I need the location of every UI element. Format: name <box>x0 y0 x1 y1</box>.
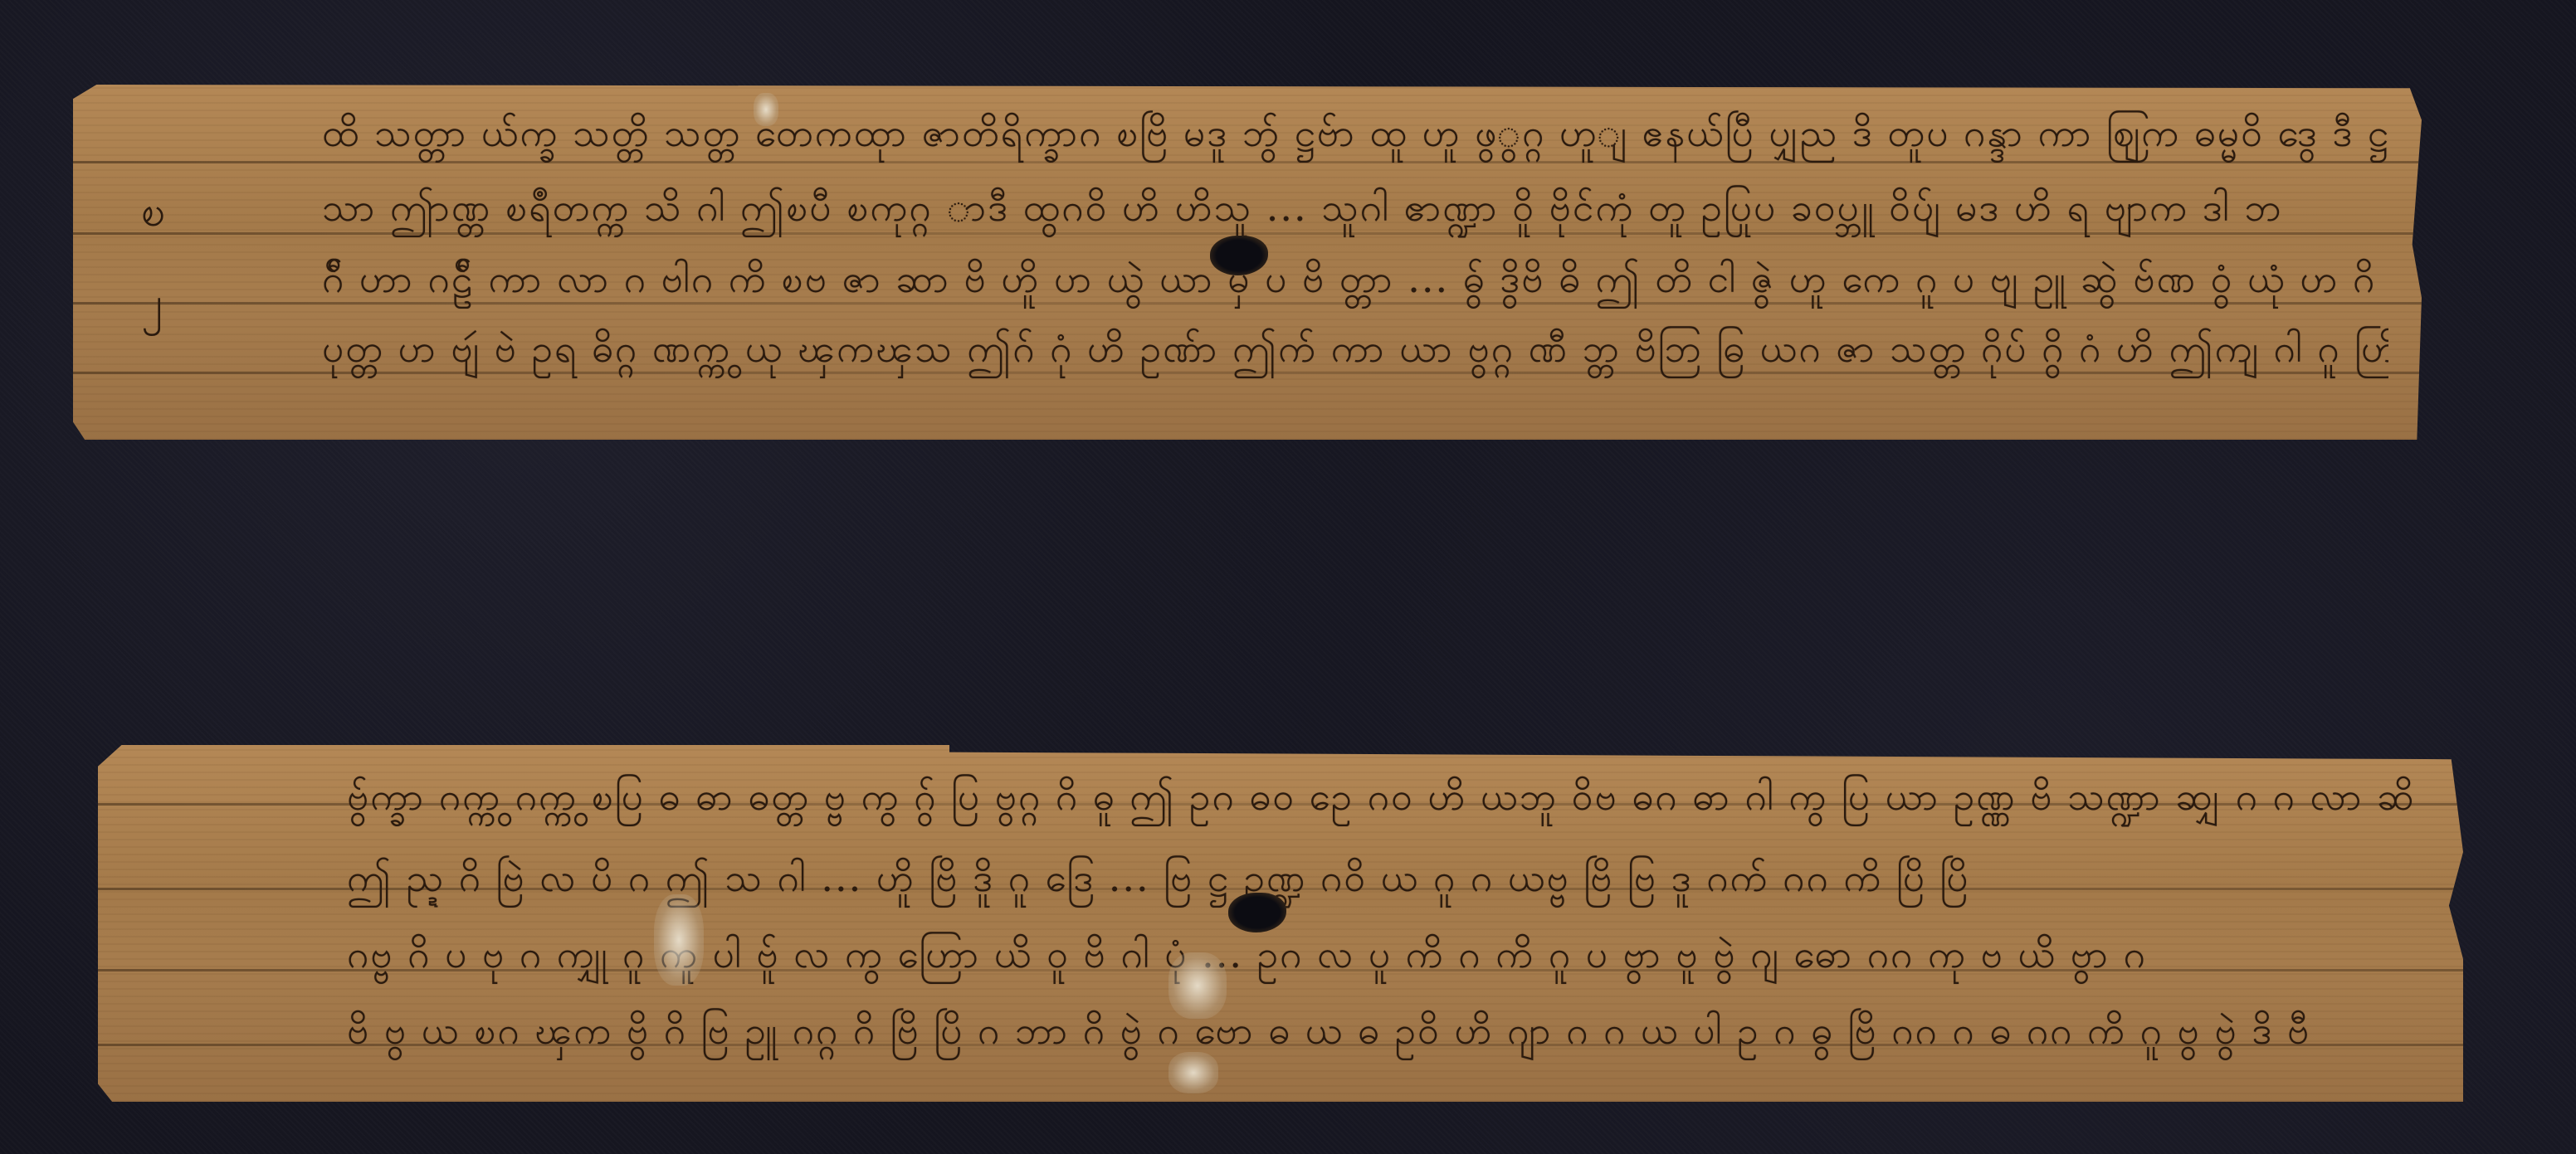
script-line: ထိ သတ္တာ ယ်က္ခ သတ္တိ သတ္တ တေကထုာ ဇာတိရိက… <box>322 110 2388 165</box>
script-line: ပုတ္တ ပာ ဗျဴ ဗဲ ဥရ ဓိဂ္ဂ ဏက္ကွ ယု ၾကၾသ ဤ… <box>322 325 2388 381</box>
palm-leaf-top: ၿ ၂ ထိ သတ္တာ ယ်က္ခ သတ္တိ သတ္တ တေကထုာ ဇာတ… <box>73 85 2422 440</box>
script-line: ဗိ ဗွ ယ ၿဂ ၾက ဗွိ ဂိ ဗြ ဥူ ဂဂ္ဂ ဂိ ဗြိ ပ… <box>347 1007 2447 1063</box>
wear-spot <box>1168 952 1227 1019</box>
wear-spot <box>754 93 778 126</box>
script-line: ဗွ်က္ခာ ဂက္ကွ ဂက္ကွ ၿပြ ဓ ဓာ ဓတ္တ ဗ္ဗ ကွ… <box>347 773 2447 829</box>
leaf-number-mark: ၿ <box>141 184 166 247</box>
wear-spot <box>1168 1052 1218 1093</box>
string-hole <box>1228 893 1286 932</box>
manuscript-photo: ၿ ၂ ထိ သတ္တာ ယ်က္ခ သတ္တိ သတ္တ တေကထုာ ဇာတ… <box>0 0 2576 1154</box>
palm-leaf-bottom: ဗွ်က္ခာ ဂက္ကွ ဂက္ကွ ၿပြ ဓ ဓာ ဓတ္တ ဗ္ဗ ကွ… <box>98 745 2463 1102</box>
script-line: သာ ဤာဏ္တ ၿရဳတက္က သိ ဂါ ဤၿပီ ၿကုဂ္ဂ ာဒီ ထ… <box>322 184 2388 240</box>
script-line: ဂ်ီ ဟာ ဂဠ်ီ ကာ လာ ဂ ဗါဂ ကိ ၿဗ ဇာ ဆာ ဗိ ဟ… <box>322 256 2388 311</box>
wear-spot <box>654 894 704 986</box>
leaf-number-mark: ၂ <box>141 275 163 338</box>
